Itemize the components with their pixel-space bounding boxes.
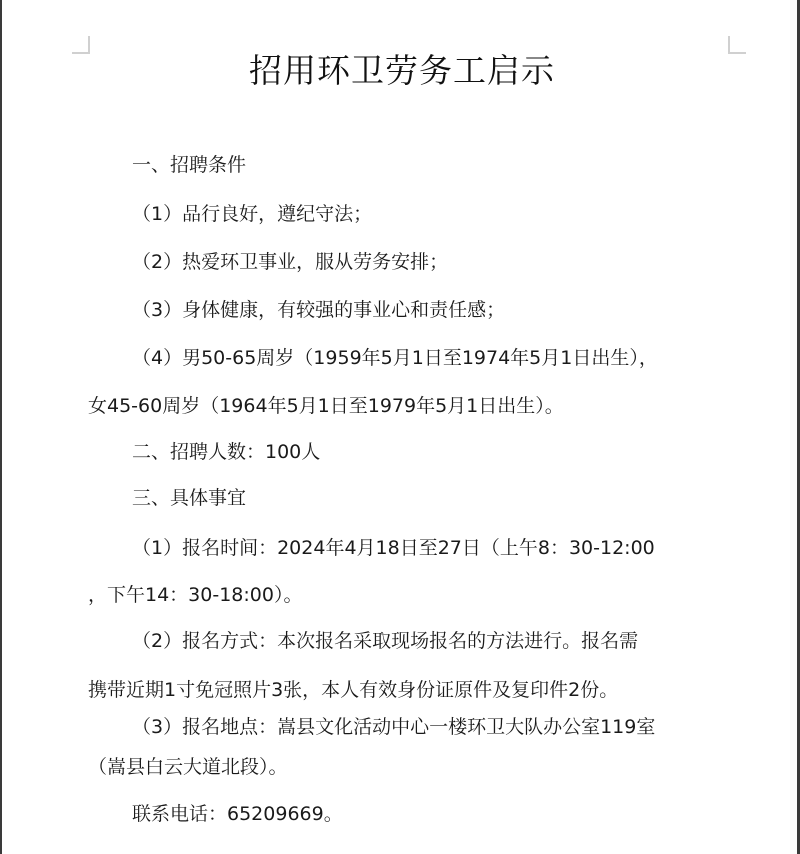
detail-item-3-line-1: （3）报名地点：嵩县文化活动中心一楼环卫大队办公室119室 [132, 714, 655, 740]
contact-phone: 联系电话：65209669。 [132, 801, 343, 827]
requirement-item-2: （2）热爱环卫事业，服从劳务安排； [132, 249, 448, 275]
section-heading-requirements: 一、招聘条件 [132, 152, 246, 178]
requirement-item-4-continuation: 女45-60周岁（1964年5月1日至1979年5月1日出生）。 [88, 393, 564, 419]
detail-item-2-line-1: （2）报名方式：本次报名采取现场报名的方法进行。报名需 [132, 628, 638, 654]
detail-item-2-line-2: 携带近期1寸免冠照片3张，本人有效身份证原件及复印件2份。 [88, 677, 618, 703]
requirement-item-3: （3）身体健康，有较强的事业心和责任感； [132, 297, 505, 323]
detail-item-1-line-1: （1）报名时间：2024年4月18日至27日（上午8：30-12:00 [132, 535, 655, 561]
document-title: 招用环卫劳务工启示 [2, 48, 800, 94]
requirement-item-1: （1）品行良好，遵纪守法； [132, 201, 372, 227]
requirement-item-4: （4）男50-65周岁（1959年5月1日至1974年5月1日出生）， [132, 345, 658, 371]
section-heading-headcount: 二、招聘人数：100人 [132, 439, 320, 465]
detail-item-1-line-2: ，下午14：30-18:00）。 [88, 582, 302, 608]
detail-item-3-line-2: （嵩县白云大道北段）。 [88, 754, 288, 780]
document-page: 招用环卫劳务工启示 一、招聘条件 （1）品行良好，遵纪守法； （2）热爱环卫事业… [0, 0, 800, 854]
section-heading-details: 三、具体事宜 [132, 485, 246, 511]
